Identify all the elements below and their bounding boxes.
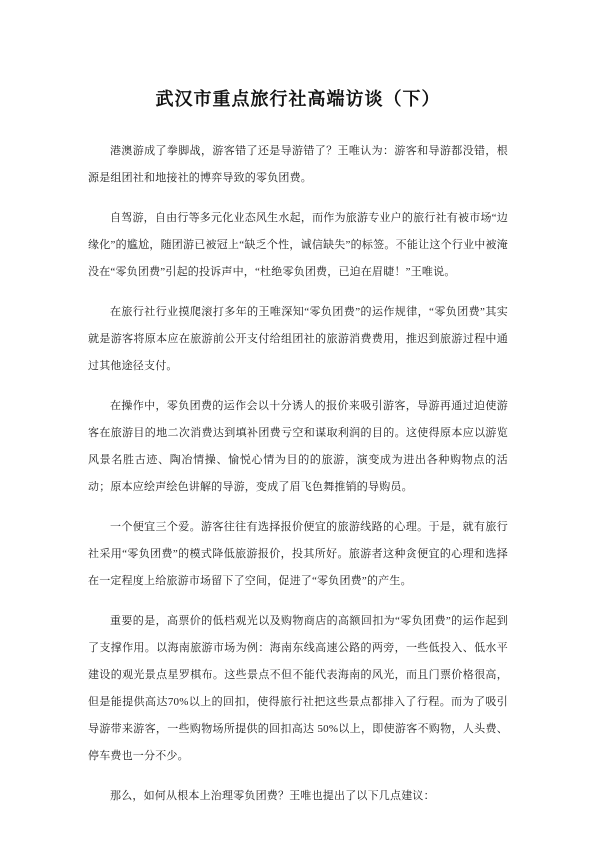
document-content: 武汉市重点旅行社高端访谈（下） 港澳游成了拳脚战，游客错了还是导游错了？王唯认为… <box>0 0 595 810</box>
paragraph-7: 那么，如何从根本上治理零负团费？王唯也提出了以下几点建议： <box>88 783 508 810</box>
paragraph-2: 自驾游，自由行等多元化业态风生水起，而作为旅游专业户的旅行社有被市场“边缘化”的… <box>88 205 508 286</box>
document-title: 武汉市重点旅行社高端访谈（下） <box>88 86 508 112</box>
paragraph-6: 重要的是，高票价的低档观光以及购物商店的高额回扣为“零负团费”的运作起到了支撑作… <box>88 608 508 770</box>
paragraph-5: 一个便宜三个爱。游客往往有选择报价便宜的旅游线路的心理。于是，就有旅行社采用“零… <box>88 514 508 595</box>
document-page: 武汉市重点旅行社高端访谈（下） 港澳游成了拳脚战，游客错了还是导游错了？王唯认为… <box>0 0 595 842</box>
paragraph-4: 在操作中，零负团费的运作会以十分诱人的报价来吸引游客，导游再通过迫使游客在旅游目… <box>88 393 508 501</box>
paragraph-1: 港澳游成了拳脚战，游客错了还是导游错了？王唯认为：游客和导游都没错，根源是组团社… <box>88 138 508 192</box>
paragraph-3: 在旅行社行业摸爬滚打多年的王唯深知“零负团费”的运作规律，“零负团费”其实就是游… <box>88 299 508 380</box>
